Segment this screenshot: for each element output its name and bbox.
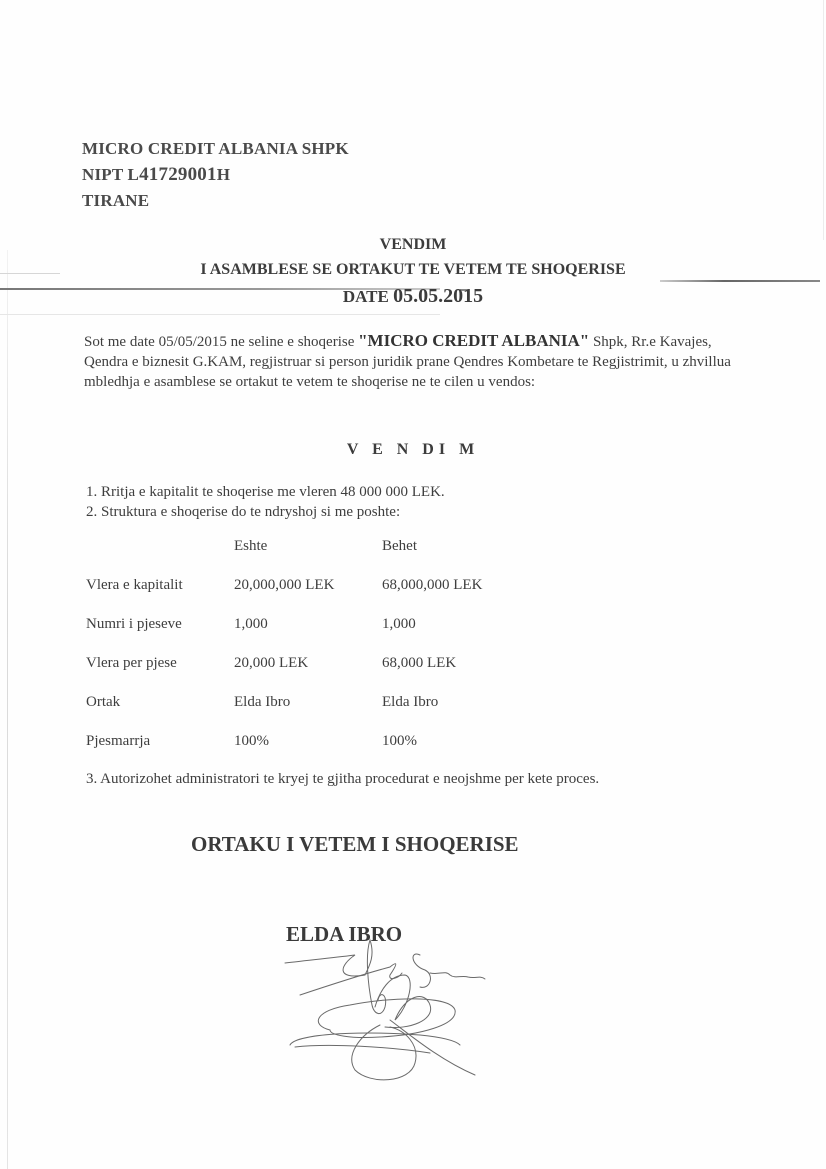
table-row: Vlera per pjese 20,000 LEK 68,000 LEK: [86, 655, 542, 694]
scan-edge: [823, 0, 824, 240]
nipt-number: 41729001: [139, 164, 217, 185]
table-cell: Vlera e kapitalit: [86, 577, 234, 616]
company-city: TIRANE: [82, 188, 349, 214]
table-row: Numri i pjeseve 1,000 1,000: [86, 616, 542, 655]
structure-table: Eshte Behet Vlera e kapitalit 20,000,000…: [86, 538, 542, 772]
document-date: DATE 05.05.2015: [0, 285, 826, 308]
company-nipt: NIPT L41729001H: [82, 162, 349, 188]
table-cell: Elda Ibro: [234, 694, 382, 733]
company-header: MICRO CREDIT ALBANIA SHPK NIPT L41729001…: [82, 136, 349, 214]
table-header: Behet: [382, 538, 542, 577]
table-cell: Pjesmarrja: [86, 733, 234, 772]
table-cell: 20,000,000 LEK: [234, 577, 382, 616]
nipt-label: NIPT L: [82, 165, 139, 184]
company-name: MICRO CREDIT ALBANIA SHPK: [82, 136, 349, 162]
table-cell: 68,000,000 LEK: [382, 577, 542, 616]
table-cell: Numri i pjeseve: [86, 616, 234, 655]
table-cell: 1,000: [382, 616, 542, 655]
scan-line: [660, 280, 820, 282]
table-row: Vlera e kapitalit 20,000,000 LEK 68,000,…: [86, 577, 542, 616]
table-cell: Vlera per pjese: [86, 655, 234, 694]
intro-company-name: "MICRO CREDIT ALBANIA": [358, 331, 589, 350]
handwritten-signature: [270, 935, 510, 1085]
decision-heading: V E N DI M: [0, 441, 826, 459]
nipt-suffix: H: [217, 165, 230, 184]
document-title: VENDIM: [0, 236, 826, 254]
table-row: Pjesmarrja 100% 100%: [86, 733, 542, 772]
signature-title: ORTAKU I VETEM I SHOQERISE: [191, 832, 519, 857]
table-cell: 100%: [382, 733, 542, 772]
table-cell: 100%: [234, 733, 382, 772]
intro-text: Sot me date 05/05/2015 ne seline e shoqe…: [84, 334, 358, 350]
table-row: Ortak Elda Ibro Elda Ibro: [86, 694, 542, 733]
document-page: MICRO CREDIT ALBANIA SHPK NIPT L41729001…: [0, 0, 826, 1169]
date-value: 05.05.2015: [393, 285, 483, 307]
table-header: [86, 538, 234, 577]
table-cell: Ortak: [86, 694, 234, 733]
scan-edge: [7, 250, 8, 1169]
document-subtitle: I ASAMBLESE SE ORTAKUT TE VETEM TE SHOQE…: [0, 261, 826, 279]
decision-item: 2. Struktura e shoqerise do te ndryshoj …: [86, 502, 445, 522]
table-cell: 68,000 LEK: [382, 655, 542, 694]
table-cell: Elda Ibro: [382, 694, 542, 733]
table-cell: 1,000: [234, 616, 382, 655]
intro-paragraph: Sot me date 05/05/2015 ne seline e shoqe…: [84, 331, 734, 392]
table-cell: 20,000 LEK: [234, 655, 382, 694]
decision-items: 1. Rritja e kapitalit te shoqerise me vl…: [86, 482, 445, 522]
decision-item: 3. Autorizohet administratori te kryej t…: [86, 771, 599, 788]
decision-item: 1. Rritja e kapitalit te shoqerise me vl…: [86, 482, 445, 502]
table-header-row: Eshte Behet: [86, 538, 542, 577]
scan-line: [0, 314, 440, 315]
date-label: DATE: [343, 287, 393, 306]
table-header: Eshte: [234, 538, 382, 577]
